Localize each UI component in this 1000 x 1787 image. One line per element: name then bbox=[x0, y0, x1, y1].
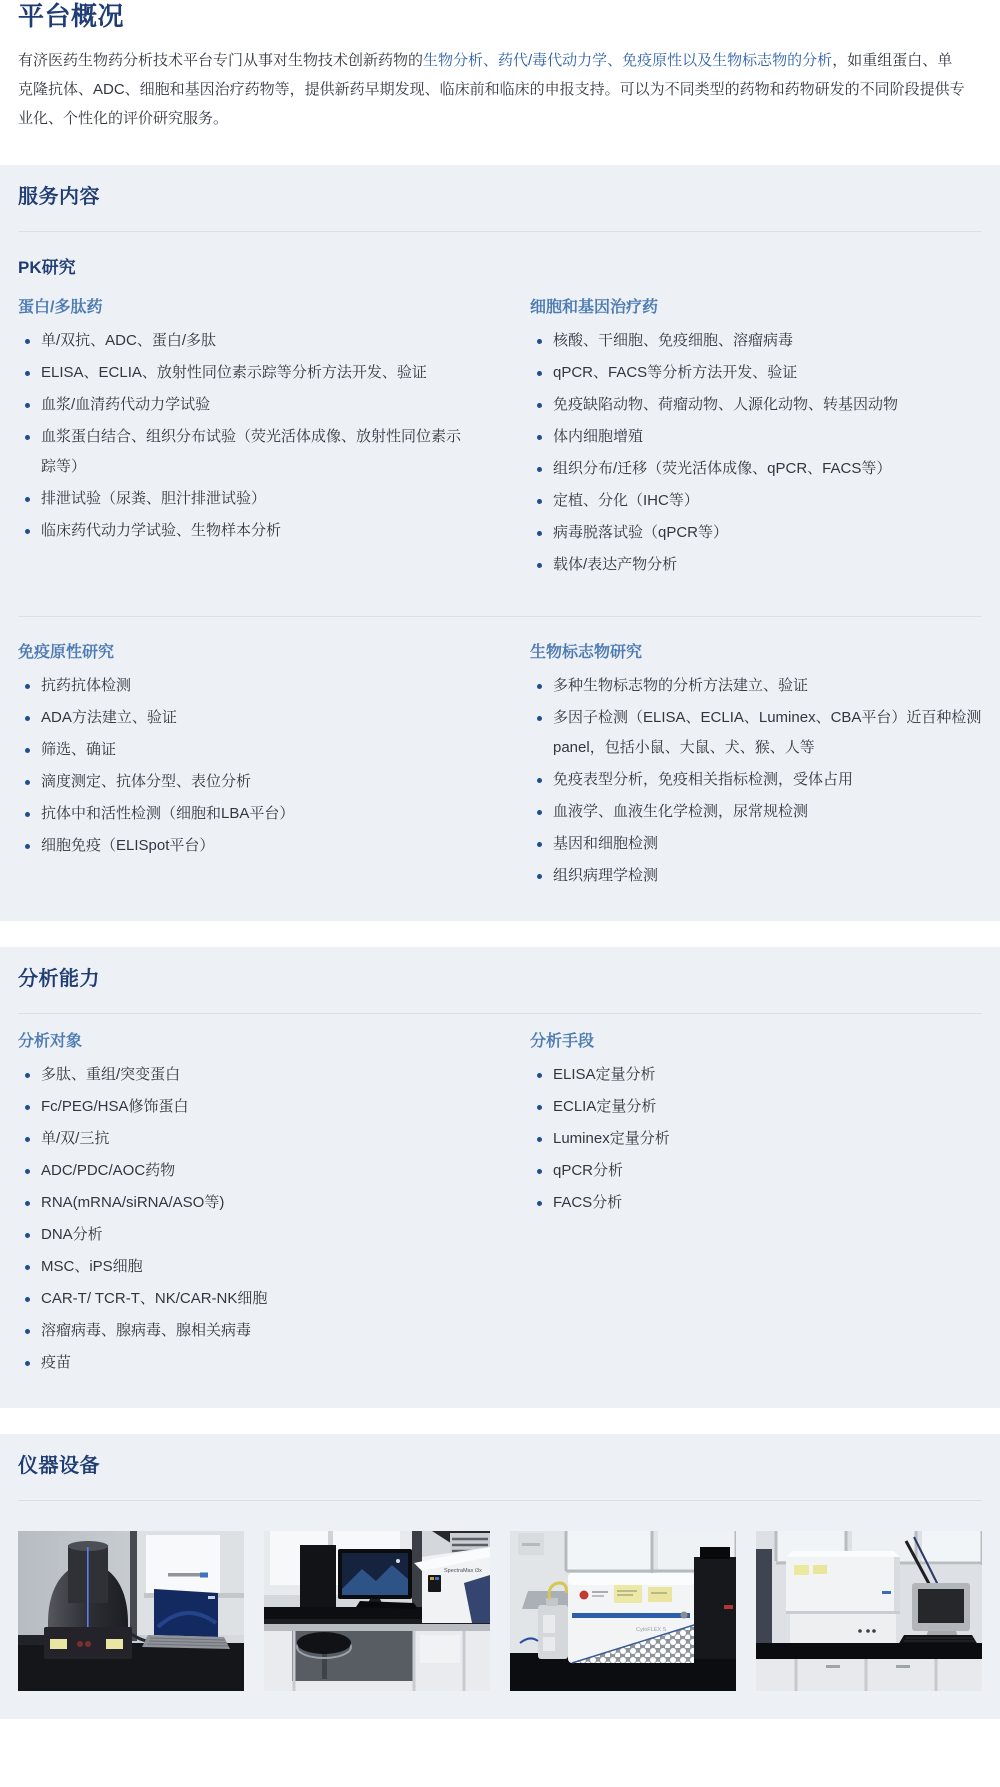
list-item: 溶瘤病毒、腺病毒、腺相关病毒 bbox=[18, 1316, 470, 1346]
equipment-photo-2: SpectraMax i3x bbox=[264, 1531, 490, 1691]
protein-peptide-title: 蛋白/多肽药 bbox=[18, 296, 470, 320]
list-item: 单/双抗、ADC、蛋白/多肽 bbox=[18, 326, 470, 356]
equipment-photo-4 bbox=[756, 1531, 982, 1691]
intro-text-pre: 有济医药生物药分析技术平台专门从事对生物技术创新药物的 bbox=[18, 52, 423, 69]
list-item: 临床药代动力学试验、生物样本分析 bbox=[18, 516, 470, 546]
list-item: 滴度测定、抗体分型、表位分析 bbox=[18, 767, 470, 797]
intro-links[interactable]: 生物分析、药代/毒代动力学、免疫原性以及生物标志物的分析 bbox=[423, 52, 832, 69]
list-item: 载体/表达产物分析 bbox=[530, 550, 982, 580]
page: 平台概况 有济医药生物药分析技术平台专门从事对生物技术创新药物的生物分析、药代/… bbox=[0, 0, 1000, 1787]
list-item: 细胞免疫（ELISpot平台） bbox=[18, 831, 470, 861]
analysis-objects-title: 分析对象 bbox=[18, 1030, 470, 1054]
list-item: 多肽、重组/突变蛋白 bbox=[18, 1060, 470, 1090]
cell-gene-therapy-title: 细胞和基因治疗药 bbox=[530, 296, 982, 320]
equipment-photo-1 bbox=[18, 1531, 244, 1691]
section-services: 服务内容 PK研究 蛋白/多肽药 单/双抗、ADC、蛋白/多肽 ELISA、EC… bbox=[0, 165, 1000, 921]
list-item: 组织分布/迁移（荧光活体成像、qPCR、FACS等） bbox=[530, 454, 982, 484]
list-item: 血浆/血清药代动力学试验 bbox=[18, 390, 470, 420]
plate-reader-workstation-image: SpectraMax i3x bbox=[264, 1531, 490, 1691]
divider bbox=[18, 1013, 982, 1014]
list-item: ECLIA定量分析 bbox=[530, 1092, 982, 1122]
analysis-objects-list: 多肽、重组/突变蛋白 Fc/PEG/HSA修饰蛋白 单/双/三抗 ADC/PDC… bbox=[18, 1060, 470, 1378]
protein-peptide-column: 蛋白/多肽药 单/双抗、ADC、蛋白/多肽 ELISA、ECLIA、放射性同位素… bbox=[18, 296, 470, 582]
list-item: 免疫缺陷动物、荷瘤动物、人源化动物、转基因动物 bbox=[530, 390, 982, 420]
list-item: ELISA、ECLIA、放射性同位素示踪等分析方法开发、验证 bbox=[18, 358, 470, 388]
list-item: 多因子检测（ELISA、ECLIA、Luminex、CBA平台）近百种检测pan… bbox=[530, 703, 982, 763]
immunogenicity-column: 免疫原性研究 抗药抗体检测 ADA方法建立、验证 筛选、确证 滴度测定、抗体分型… bbox=[18, 641, 470, 893]
biomarker-title: 生物标志物研究 bbox=[530, 641, 982, 665]
list-item: qPCR分析 bbox=[530, 1156, 982, 1186]
list-item: 组织病理学检测 bbox=[530, 861, 982, 891]
list-item: 病毒脱落试验（qPCR等） bbox=[530, 518, 982, 548]
biomarker-list: 多种生物标志物的分析方法建立、验证 多因子检测（ELISA、ECLIA、Lumi… bbox=[530, 671, 982, 891]
list-item: Luminex定量分析 bbox=[530, 1124, 982, 1154]
analysis-methods-column: 分析手段 ELISA定量分析 ECLIA定量分析 Luminex定量分析 qPC… bbox=[530, 1030, 982, 1380]
analysis-objects-column: 分析对象 多肽、重组/突变蛋白 Fc/PEG/HSA修饰蛋白 单/双/三抗 AD… bbox=[18, 1030, 470, 1380]
list-item: MSC、iPS细胞 bbox=[18, 1252, 470, 1282]
benchtop-analyzer-with-crt-monitor-image bbox=[756, 1531, 982, 1691]
list-item: 抗药抗体检测 bbox=[18, 671, 470, 701]
list-item: 抗体中和活性检测（细胞和LBA平台） bbox=[18, 799, 470, 829]
section-equipment: 仪器设备 bbox=[0, 1434, 1000, 1719]
immunogenicity-title: 免疫原性研究 bbox=[18, 641, 470, 665]
flow-cytometer-image: CytoFLEX S bbox=[510, 1531, 736, 1691]
list-item: qPCR、FACS等分析方法开发、验证 bbox=[530, 358, 982, 388]
list-item: FACS分析 bbox=[530, 1188, 982, 1218]
cell-gene-therapy-column: 细胞和基因治疗药 核酸、干细胞、免疫细胞、溶瘤病毒 qPCR、FACS等分析方法… bbox=[530, 296, 982, 582]
device-label: SpectraMax i3x bbox=[444, 1568, 482, 1574]
page-title: 平台概况 bbox=[18, 0, 982, 32]
analysis-methods-title: 分析手段 bbox=[530, 1030, 982, 1054]
list-item: RNA(mRNA/siRNA/ASO等) bbox=[18, 1188, 470, 1218]
protein-peptide-list: 单/双抗、ADC、蛋白/多肽 ELISA、ECLIA、放射性同位素示踪等分析方法… bbox=[18, 326, 470, 546]
list-item: 血浆蛋白结合、组织分布试验（荧光活体成像、放射性同位素示踪等） bbox=[18, 422, 470, 482]
analysis-methods-list: ELISA定量分析 ECLIA定量分析 Luminex定量分析 qPCR分析 F… bbox=[530, 1060, 982, 1218]
list-item: 排泄试验（尿粪、胆汁排泄试验） bbox=[18, 484, 470, 514]
list-item: 体内细胞增殖 bbox=[530, 422, 982, 452]
list-item: ADC/PDC/AOC药物 bbox=[18, 1156, 470, 1186]
dark-tower-instrument-with-laptop-image bbox=[18, 1531, 244, 1691]
pk-research-title: PK研究 bbox=[18, 256, 982, 280]
list-item: 多种生物标志物的分析方法建立、验证 bbox=[530, 671, 982, 701]
list-item: ELISA定量分析 bbox=[530, 1060, 982, 1090]
divider bbox=[18, 1500, 982, 1501]
immunogenicity-list: 抗药抗体检测 ADA方法建立、验证 筛选、确证 滴度测定、抗体分型、表位分析 抗… bbox=[18, 671, 470, 861]
divider bbox=[18, 616, 982, 617]
list-item: 疫苗 bbox=[18, 1348, 470, 1378]
list-item: 基因和细胞检测 bbox=[530, 829, 982, 859]
pk-columns: 蛋白/多肽药 单/双抗、ADC、蛋白/多肽 ELISA、ECLIA、放射性同位素… bbox=[18, 296, 982, 582]
list-item: 单/双/三抗 bbox=[18, 1124, 470, 1154]
list-item: 血液学、血液生化学检测，尿常规检测 bbox=[530, 797, 982, 827]
services-title: 服务内容 bbox=[18, 183, 982, 211]
list-item: 定植、分化（IHC等） bbox=[530, 486, 982, 516]
cell-gene-therapy-list: 核酸、干细胞、免疫细胞、溶瘤病毒 qPCR、FACS等分析方法开发、验证 免疫缺… bbox=[530, 326, 982, 580]
list-item: CAR-T/ TCR-T、NK/CAR-NK细胞 bbox=[18, 1284, 470, 1314]
biomarker-column: 生物标志物研究 多种生物标志物的分析方法建立、验证 多因子检测（ELISA、EC… bbox=[530, 641, 982, 893]
list-item: ADA方法建立、验证 bbox=[18, 703, 470, 733]
equipment-title: 仪器设备 bbox=[18, 1452, 982, 1480]
equipment-photo-row: SpectraMax i3x bbox=[18, 1531, 982, 1691]
capability-title: 分析能力 bbox=[18, 965, 982, 993]
immuno-biomarker-columns: 免疫原性研究 抗药抗体检测 ADA方法建立、验证 筛选、确证 滴度测定、抗体分型… bbox=[18, 641, 982, 893]
device-label: CytoFLEX S bbox=[636, 1627, 667, 1633]
equipment-photo-3: CytoFLEX S bbox=[510, 1531, 736, 1691]
section-analysis-capability: 分析能力 分析对象 多肽、重组/突变蛋白 Fc/PEG/HSA修饰蛋白 单/双/… bbox=[0, 947, 1000, 1408]
list-item: 核酸、干细胞、免疫细胞、溶瘤病毒 bbox=[530, 326, 982, 356]
overview-section: 平台概况 有济医药生物药分析技术平台专门从事对生物技术创新药物的生物分析、药代/… bbox=[0, 0, 1000, 133]
list-item: DNA分析 bbox=[18, 1220, 470, 1250]
capability-columns: 分析对象 多肽、重组/突变蛋白 Fc/PEG/HSA修饰蛋白 单/双/三抗 AD… bbox=[18, 1030, 982, 1380]
divider bbox=[18, 231, 982, 232]
list-item: 免疫表型分析，免疫相关指标检测，受体占用 bbox=[530, 765, 982, 795]
intro-paragraph: 有济医药生物药分析技术平台专门从事对生物技术创新药物的生物分析、药代/毒代动力学… bbox=[18, 46, 966, 133]
list-item: Fc/PEG/HSA修饰蛋白 bbox=[18, 1092, 470, 1122]
list-item: 筛选、确证 bbox=[18, 735, 470, 765]
